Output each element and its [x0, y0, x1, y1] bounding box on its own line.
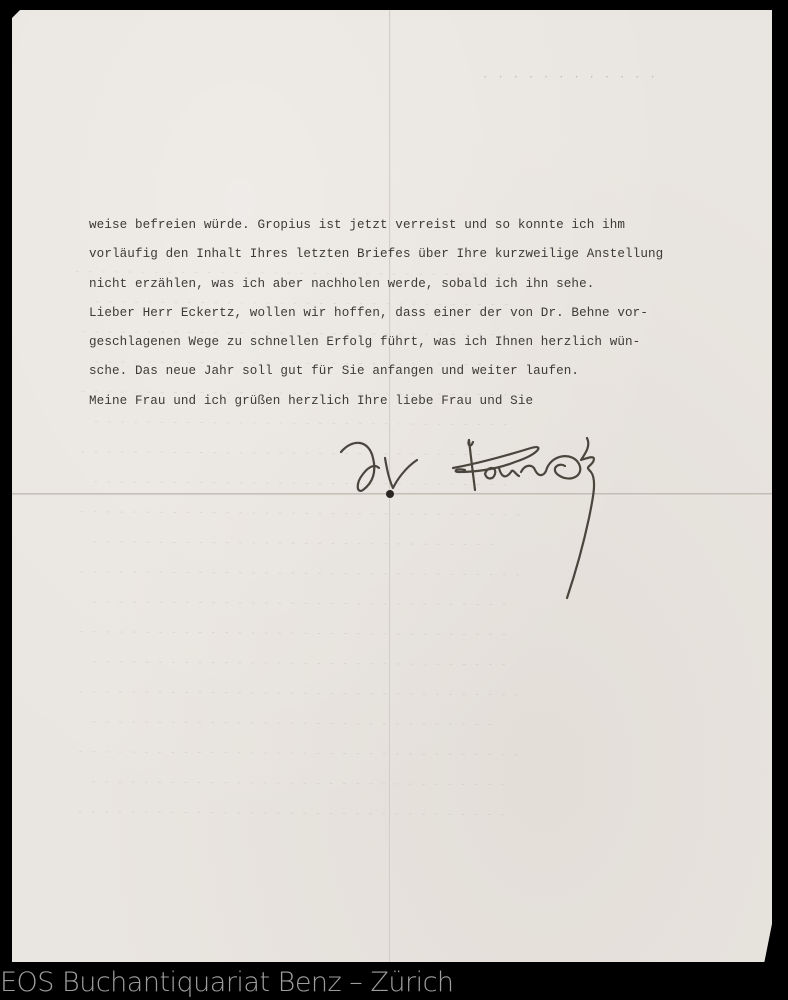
- body-line: weise befreien würde. Gropius ist jetzt …: [89, 211, 769, 240]
- watermark: EOS Buchantiquariat Benz – Zürich: [0, 967, 454, 998]
- body-line: nicht erzählen, was ich aber nachholen w…: [89, 270, 769, 299]
- body-line: Meine Frau und ich grüßen herzlich Ihre …: [89, 387, 769, 416]
- bleed-through-header: · · · · · · · · · · · ·: [482, 72, 657, 84]
- body-line: Lieber Herr Eckertz, wollen wir hoffen, …: [89, 299, 769, 328]
- letter-body: weise befreien würde. Gropius ist jetzt …: [89, 211, 769, 416]
- body-line: sche. Das neue Jahr soll gut für Sie anf…: [89, 357, 769, 386]
- handwritten-signature: [335, 428, 665, 608]
- body-line: geschlagenen Wege zu schnellen Erfolg fü…: [89, 328, 769, 357]
- body-line: vorläufig den Inhalt Ihres letzten Brief…: [89, 240, 769, 269]
